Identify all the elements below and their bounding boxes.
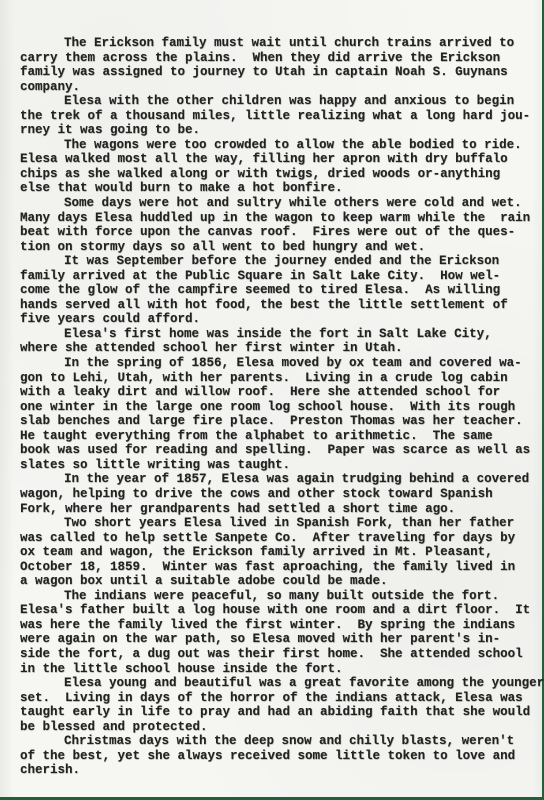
- text-line: be blessed and protected.: [20, 720, 528, 735]
- text-line: tion on stormy days so all went to bed h…: [20, 240, 528, 255]
- text-line: a wagon box until a suitable adobe could…: [20, 574, 528, 589]
- text-line: book was used for reading and spelling. …: [20, 443, 528, 458]
- scanned-document-page: The Erickson family must wait until chur…: [0, 0, 544, 800]
- text-line: hands served all with hot food, the best…: [20, 298, 528, 313]
- paragraph: It was September before the journey ende…: [20, 254, 528, 327]
- text-line: one winter in the large one room log sch…: [20, 400, 528, 415]
- text-line: Elesa young and beautiful was a great fa…: [20, 676, 528, 691]
- text-line: He taught everything from the alphabet t…: [20, 429, 528, 444]
- paragraph: Christmas days with the deep snow and ch…: [20, 734, 528, 778]
- text-line: It was September before the journey ende…: [20, 254, 528, 269]
- text-line: chips as she walked along or with twigs,…: [20, 167, 528, 182]
- text-line: five years could afford.: [20, 312, 528, 327]
- text-line: was called to help settle Sanpete Co. Af…: [20, 531, 528, 546]
- text-line: Elesa with the other children was happy …: [20, 94, 528, 109]
- text-line: with a leaky dirt and willow roof. Here …: [20, 385, 528, 400]
- text-line: in the little school house inside the fo…: [20, 662, 528, 677]
- text-line: Elesa's first home was inside the fort i…: [20, 327, 528, 342]
- paragraph-list: The Erickson family must wait until chur…: [20, 36, 528, 778]
- text-line: The indians were peaceful, so many built…: [20, 589, 528, 604]
- text-line: family arrived at the Public Square in S…: [20, 269, 528, 284]
- paragraph: In the year of 1857, Elesa was again tru…: [20, 472, 528, 516]
- text-line: wagon, helping to drive the cows and oth…: [20, 487, 528, 502]
- paragraph: The Erickson family must wait until chur…: [20, 36, 528, 94]
- text-line: side the fort, a dug out was their first…: [20, 647, 528, 662]
- paragraph: The indians were peaceful, so many built…: [20, 589, 528, 676]
- text-line: gon to Lehi, Utah, with her parents. Liv…: [20, 371, 528, 386]
- text-line: Some days were hot and sultry while othe…: [20, 196, 528, 211]
- text-line: were again on the war path, so Elesa mov…: [20, 632, 528, 647]
- text-line: Fork, where her grandparents had settled…: [20, 502, 528, 517]
- paragraph: The wagons were too crowded to allow the…: [20, 138, 528, 196]
- paragraph: In the spring of 1856, Elesa moved by ox…: [20, 356, 528, 472]
- text-line: taught early in life to pray and had an …: [20, 705, 528, 720]
- text-line: slab benches and large fire place. Prest…: [20, 414, 528, 429]
- text-line: In the year of 1857, Elesa was again tru…: [20, 472, 528, 487]
- text-line: the trek of a thousand miles, little rea…: [20, 109, 528, 124]
- text-line: company.: [20, 80, 528, 95]
- text-line: cherish.: [20, 763, 528, 778]
- text-line: The Erickson family must wait until chur…: [20, 36, 528, 51]
- text-line: Many days Elesa huddled up in the wagon …: [20, 211, 528, 226]
- text-line: In the spring of 1856, Elesa moved by ox…: [20, 356, 528, 371]
- text-line: Christmas days with the deep snow and ch…: [20, 734, 528, 749]
- paragraph: Some days were hot and sultry while othe…: [20, 196, 528, 254]
- text-line: was here the family lived the first wint…: [20, 618, 528, 633]
- text-line: set. Living in days of the horror of the…: [20, 691, 528, 706]
- text-line: Elesa walked most all the way, filling h…: [20, 152, 528, 167]
- text-line: beat with force upon the canvas roof. Fi…: [20, 225, 528, 240]
- text-line: come the glow of the campfire seemed to …: [20, 283, 528, 298]
- text-line: else that would burn to make a hot bonfi…: [20, 181, 528, 196]
- paragraph: Elesa's first home was inside the fort i…: [20, 327, 528, 356]
- text-line: Two short years Elesa lived in Spanish F…: [20, 516, 528, 531]
- paragraph: Elesa young and beautiful was a great fa…: [20, 676, 528, 734]
- text-line: rney it was going to be.: [20, 123, 528, 138]
- text-line: family was assigned to journey to Utah i…: [20, 65, 528, 80]
- paragraph: Two short years Elesa lived in Spanish F…: [20, 516, 528, 589]
- text-line: The wagons were too crowded to allow the…: [20, 138, 528, 153]
- text-line: ox team and wagon, the Erickson family a…: [20, 545, 528, 560]
- text-line: where she attended school her first wint…: [20, 341, 528, 356]
- text-line: October 18, 1859. Winter was fast aproac…: [20, 560, 528, 575]
- text-line: slates so little writing was taught.: [20, 458, 528, 473]
- text-line: Elesa's father built a log house with on…: [20, 603, 528, 618]
- paragraph: Elesa with the other children was happy …: [20, 94, 528, 138]
- text-line: carry them across the plains. When they …: [20, 51, 528, 66]
- text-line: of the best, yet she always received som…: [20, 749, 528, 764]
